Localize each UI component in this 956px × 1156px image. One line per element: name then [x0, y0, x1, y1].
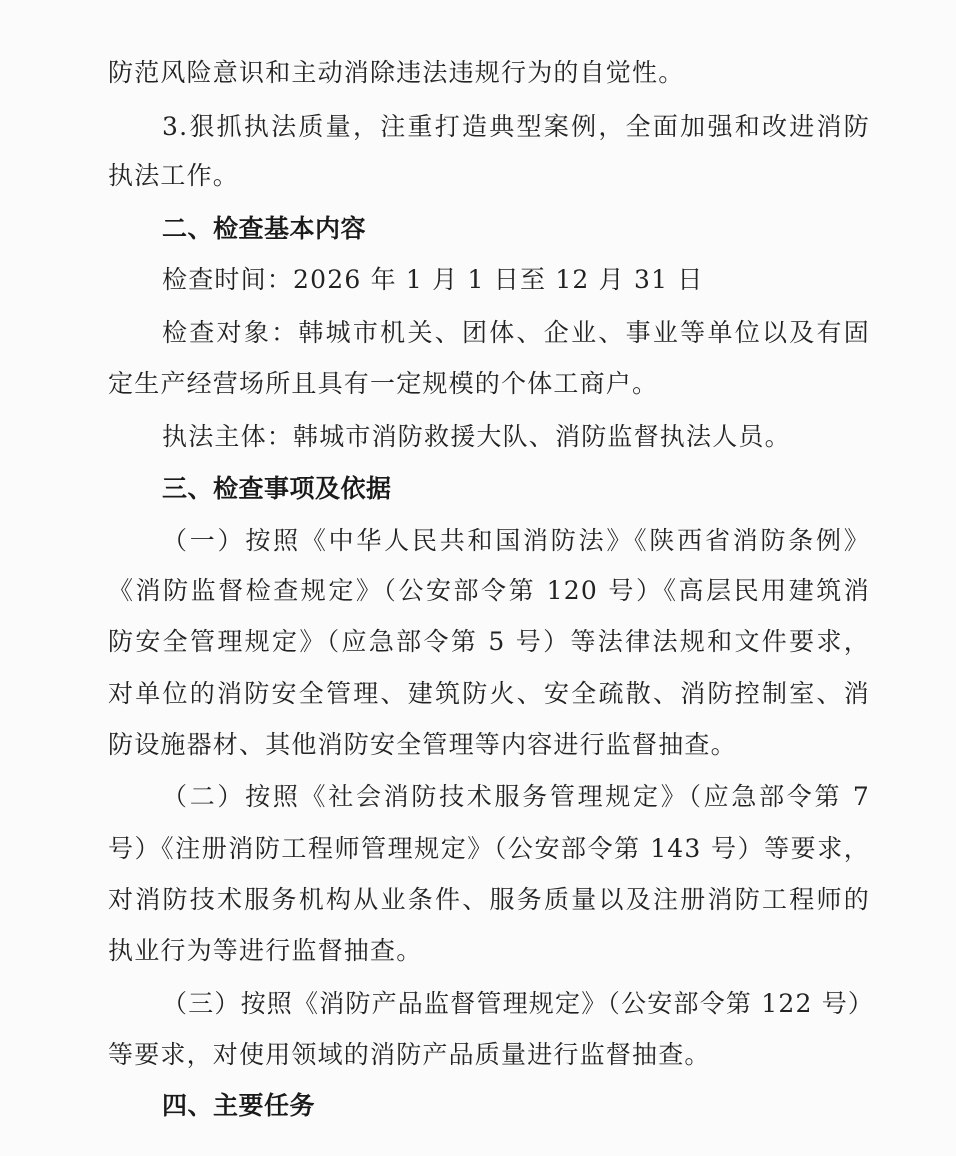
text-line: 对单位的消防安全管理、建筑防火、安全疏散、消防控制室、消 [108, 677, 870, 711]
text-line: （一）按照《中华人民共和国消防法》《陕西省消防条例》 [162, 524, 870, 558]
section-heading-3: 三、检查事项及依据 [162, 472, 870, 506]
text-line: 3.狠抓执法质量，注重打造典型案例，全面加强和改进消防 [162, 110, 870, 144]
text-line: 执法主体：韩城市消防救援大队、消防监督执法人员。 [162, 420, 870, 454]
text-line: 对消防技术服务机构从业条件、服务质量以及注册消防工程师的 [108, 883, 870, 917]
text-line: 检查对象：韩城市机关、团体、企业、事业等单位以及有固 [162, 316, 870, 350]
text-line: 执业行为等进行监督抽查。 [108, 934, 870, 968]
text-line: 检查时间：2026 年 1 月 1 日至 12 月 31 日 [162, 263, 870, 297]
text-line: （三）按照《消防产品监督管理规定》（公安部令第 122 号） [162, 987, 870, 1021]
text-line: （二）按照《社会消防技术服务管理规定》（应急部令第 7 [162, 780, 870, 814]
text-line: 防范风险意识和主动消除违法违规行为的自觉性。 [108, 56, 870, 90]
text-line: 执法工作。 [108, 159, 870, 193]
document-page: 防范风险意识和主动消除违法违规行为的自觉性。 3.狠抓执法质量，注重打造典型案例… [0, 0, 956, 1156]
text-line: 号）《注册消防工程师管理规定》（公安部令第 143 号）等要求， [108, 832, 870, 866]
text-line: 防安全管理规定》（应急部令第 5 号）等法律法规和文件要求， [108, 625, 870, 659]
text-line: 《消防监督检查规定》（公安部令第 120 号）《高层民用建筑消 [108, 574, 870, 608]
text-line: 等要求，对使用领域的消防产品质量进行监督抽查。 [108, 1038, 870, 1072]
section-heading-2: 二、检查基本内容 [162, 212, 870, 246]
text-line: 定生产经营场所且具有一定规模的个体工商户。 [108, 367, 870, 401]
section-heading-4: 四、主要任务 [162, 1089, 870, 1123]
text-line: 防设施器材、其他消防安全管理等内容进行监督抽查。 [108, 728, 870, 762]
